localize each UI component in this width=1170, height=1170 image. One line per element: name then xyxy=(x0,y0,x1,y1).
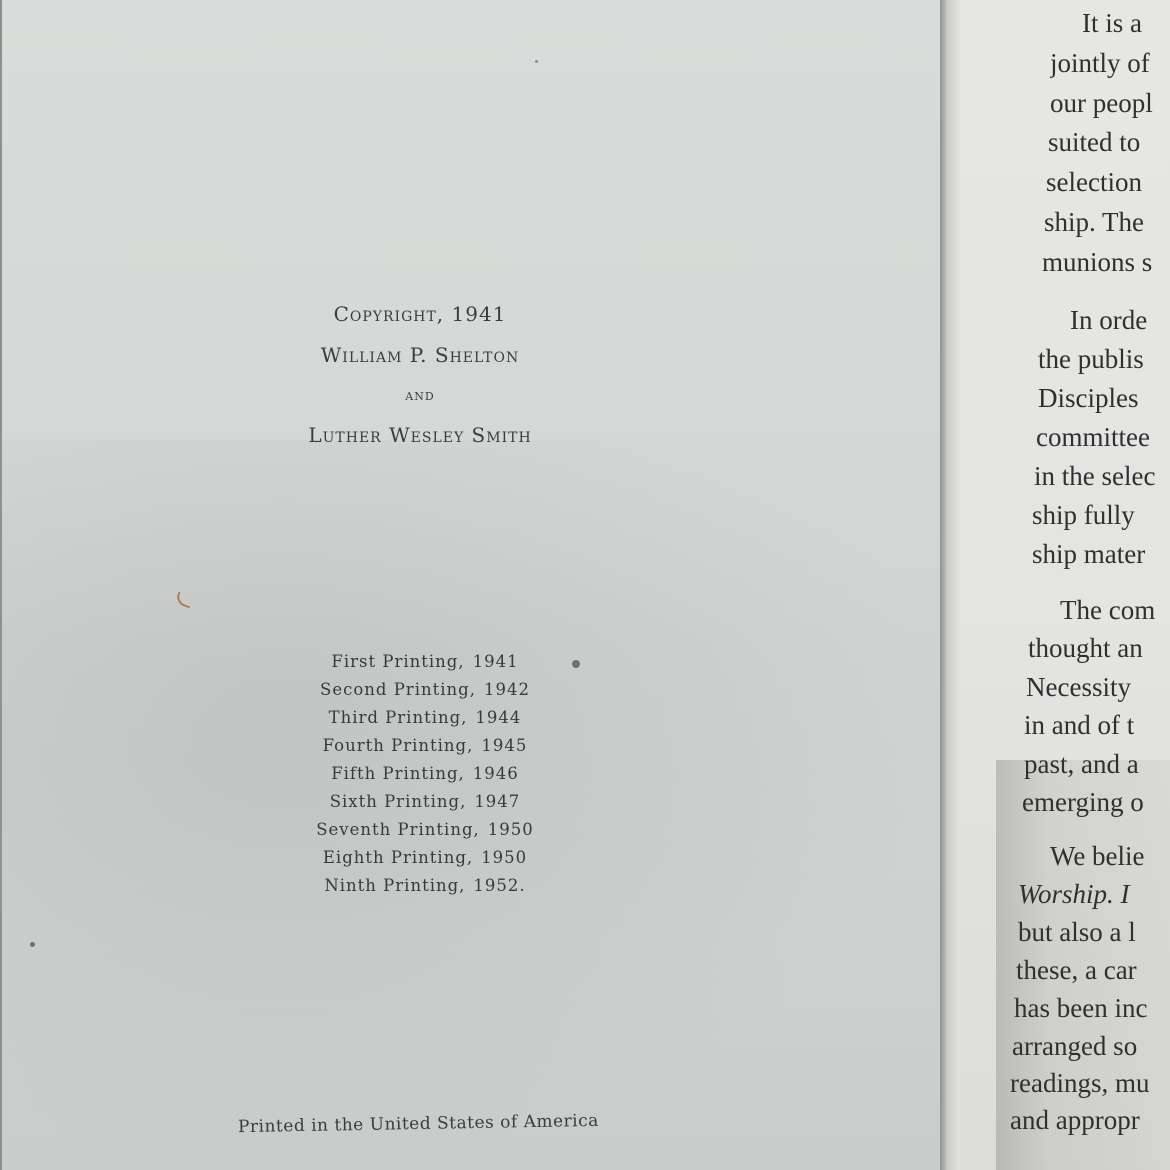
printing-label: Fourth Printing, xyxy=(323,736,474,755)
printing-year: 1946 xyxy=(473,764,519,783)
printing-row: Fourth Printing,1945 xyxy=(290,732,560,760)
printing-row: Eighth Printing,1950 xyxy=(290,844,560,872)
printing-year: 1952. xyxy=(473,876,525,895)
printing-history: First Printing,1941 Second Printing,1942… xyxy=(290,648,560,900)
printing-label: Sixth Printing, xyxy=(330,792,467,811)
printing-year: 1950 xyxy=(488,820,534,839)
conjunction: and xyxy=(0,386,840,404)
printing-label: Second Printing, xyxy=(320,680,476,699)
printing-year: 1945 xyxy=(481,736,527,755)
printing-row: Ninth Printing,1952. xyxy=(290,872,560,900)
text-line: We belie xyxy=(1050,841,1170,872)
ink-speck xyxy=(535,60,538,63)
printing-year: 1947 xyxy=(474,792,520,811)
printing-row: Third Printing,1944 xyxy=(290,704,560,732)
printing-label: Third Printing, xyxy=(329,708,468,727)
paper-fiber-mark xyxy=(174,592,193,609)
ink-speck xyxy=(30,942,35,947)
printing-row: Seventh Printing,1950 xyxy=(290,816,560,844)
text-line: arranged so xyxy=(1012,1031,1170,1062)
printing-year: 1944 xyxy=(475,708,521,727)
text-line: in and of t xyxy=(1024,710,1170,741)
preface-text: It is a jointly of our peopl suited to s… xyxy=(946,0,1170,1170)
printing-label: Seventh Printing, xyxy=(316,820,480,839)
printing-year: 1942 xyxy=(484,680,530,699)
printed-in-notice: Printed in the United States of America xyxy=(238,1111,599,1137)
text-line: munions s xyxy=(1042,247,1170,278)
text-line: in the selec xyxy=(1034,461,1170,492)
text-line: our peopl xyxy=(1050,88,1170,119)
author-2: Luther Wesley Smith xyxy=(0,423,840,447)
text-line: past, and a xyxy=(1024,749,1170,780)
text-line: has been inc xyxy=(1014,993,1170,1024)
text-line: ship fully xyxy=(1032,500,1170,531)
text-line: readings, mu xyxy=(1010,1068,1170,1099)
text-line: selection xyxy=(1046,167,1170,198)
printing-row: Sixth Printing,1947 xyxy=(290,788,560,816)
ink-speck xyxy=(572,660,580,668)
text-line: committee xyxy=(1036,422,1170,453)
text-line: the publis xyxy=(1038,344,1170,375)
text-line: The com xyxy=(1060,595,1170,626)
text-line: Necessity xyxy=(1026,672,1170,703)
text-line: It is a xyxy=(1082,8,1170,39)
text-line: and appropr xyxy=(1010,1105,1170,1136)
text-line: In orde xyxy=(1070,305,1170,336)
text-line: emerging o xyxy=(1022,787,1170,818)
printing-label: Eighth Printing, xyxy=(323,848,473,867)
text-line: suited to xyxy=(1048,127,1170,158)
printing-label: Fifth Printing, xyxy=(331,764,465,783)
right-page-preface: It is a jointly of our peopl suited to s… xyxy=(946,0,1170,1170)
printing-row: Fifth Printing,1946 xyxy=(290,760,560,788)
text-line: ship mater xyxy=(1032,539,1170,570)
text-line: ship. The xyxy=(1044,207,1170,238)
printing-row: First Printing,1941 xyxy=(290,648,560,676)
text-line: thought an xyxy=(1028,633,1170,664)
printing-year: 1941 xyxy=(473,652,519,671)
printing-label: First Printing, xyxy=(331,652,464,671)
copyright-year: Copyright, 1941 xyxy=(0,302,840,326)
printing-label: Ninth Printing, xyxy=(324,876,465,895)
left-page-copyright: Copyright, 1941 William P. Shelton and L… xyxy=(0,0,940,1170)
text-line-italic: Worship. I xyxy=(1018,879,1170,910)
printing-year: 1950 xyxy=(481,848,527,867)
text-line: but also a l xyxy=(1018,917,1170,948)
author-1: William P. Shelton xyxy=(0,343,840,367)
text-line: Disciples xyxy=(1038,383,1170,414)
book-spread: Copyright, 1941 William P. Shelton and L… xyxy=(0,0,1170,1170)
printing-row: Second Printing,1942 xyxy=(290,676,560,704)
text-line: these, a car xyxy=(1016,955,1170,986)
text-line: jointly of xyxy=(1050,48,1170,79)
